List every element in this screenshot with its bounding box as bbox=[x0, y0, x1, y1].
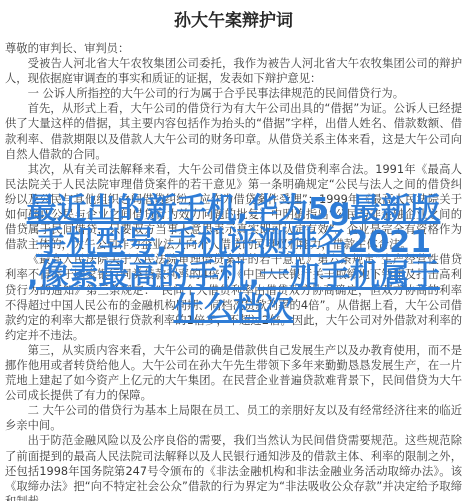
seo-overlay-line[interactable]: 最近出的新手机,华为5g最新版 bbox=[0, 193, 467, 226]
seo-overlay-line[interactable]: 什么档次 bbox=[0, 292, 467, 325]
document-title: 孙大午案辩护词 bbox=[5, 10, 462, 32]
paragraph: 出于防范金融风险以及公序良俗的需要，我们当然认为民间借贷需要规范。这些规范除了前… bbox=[5, 433, 462, 501]
paragraph-point-one: 一 公诉人所指控的大午公司的行为属于合乎民事法律规范的民间借贷行为。 bbox=[5, 86, 462, 101]
salutation-line: 尊敬的审判长、审判员： bbox=[5, 41, 462, 56]
paragraph: 首先，从形式上看，大午公司的借贷行为有大午公司出具的“借据”为证。公诉人已经提供… bbox=[5, 101, 462, 161]
seo-spam-link-overlay[interactable]: 最近出的新手机,华为5g最新版 手机型号,手机评测排名2021 ,像素最高的手机… bbox=[0, 193, 467, 325]
seo-overlay-line[interactable]: ,像素最高的手机,一加手机属于 bbox=[0, 259, 467, 292]
paragraph-point-two: 二 大午公司的借贷行为基本上局限在员工、员工的亲朋好友以及有经常经济往来的临近乡… bbox=[5, 403, 462, 433]
seo-overlay-line[interactable]: 手机型号,手机评测排名2021 bbox=[0, 226, 467, 259]
paragraph: 第三，从实质内容来看，大午公司的确是借款供自己发展生产以及办教育使用，而不是挪作… bbox=[5, 343, 462, 403]
paragraph: 受被告人河北省大午农牧集团公司委托，我作为被告人河北省大午农牧集团公司的辩护人，… bbox=[5, 56, 462, 86]
